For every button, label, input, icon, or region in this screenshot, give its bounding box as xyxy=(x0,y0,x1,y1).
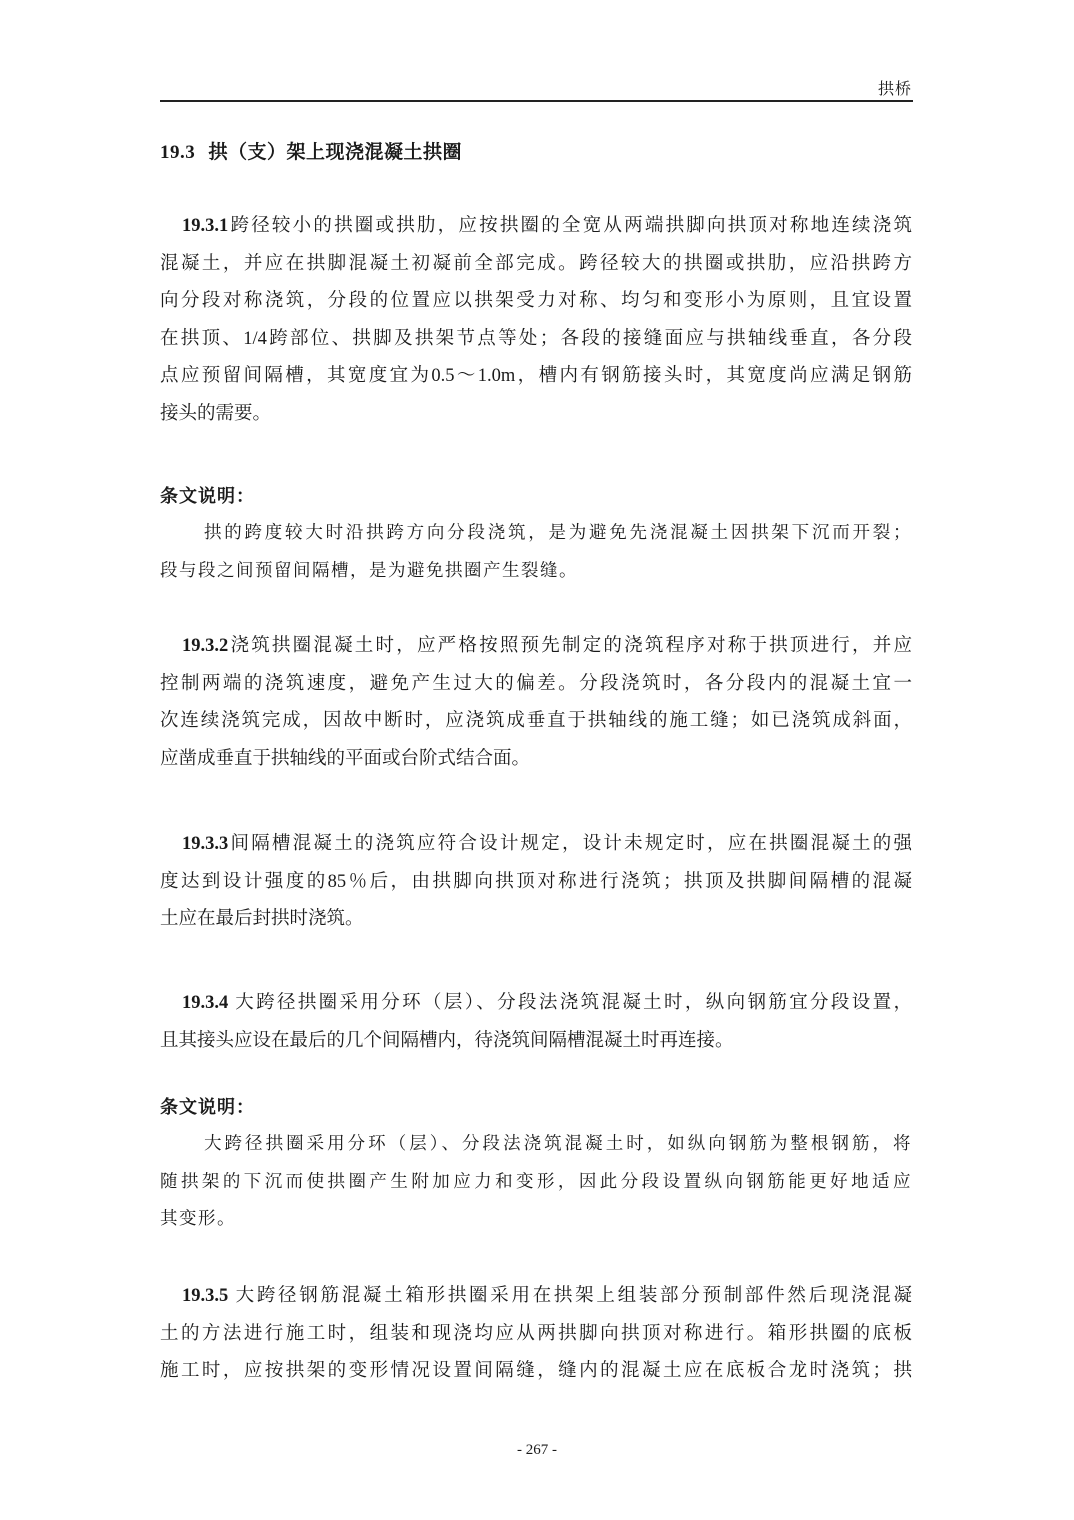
commentary-text: 随拱架的下沉而使拱圈产生附加应力和变形，因此分段设置纵向钢筋能更好地适应 xyxy=(160,1164,912,1202)
page-number: - 267 - xyxy=(0,1442,1074,1459)
clause-text: 施工时，应按拱架的变形情况设置间隔缝，缝内的混凝土应在底板合龙时浇筑；拱 xyxy=(160,1353,912,1391)
clause-text: 度达到设计强度的85％后，由拱脚向拱顶对称进行浇筑；拱顶及拱脚间隔槽的混凝 xyxy=(160,864,912,902)
clause-19-3-3: 19.3.3间隔槽混凝土的浇筑应符合设计规定，设计未规定时，应在拱圈混凝土的强 … xyxy=(160,826,912,939)
commentary-text: 段与段之间预留间隔槽，是为避免拱圈产生裂缝。 xyxy=(160,553,912,591)
header-divider xyxy=(160,100,913,102)
section-number: 19.3 xyxy=(160,142,195,163)
commentary-text: 其变形。 xyxy=(160,1201,912,1239)
clause-text: 大跨径拱圈采用分环（层）、分段法浇筑混凝土时，纵向钢筋宜分段设置， xyxy=(228,993,912,1013)
clause-19-3-1: 19.3.1跨径较小的拱圈或拱肋，应按拱圈的全宽从两端拱脚向拱顶对称地连续浇筑 … xyxy=(160,208,912,433)
commentary-text: 拱的跨度较大时沿拱跨方向分段浇筑，是为避免先浇混凝土因拱架下沉而开裂； xyxy=(160,515,912,553)
running-header: 拱桥 xyxy=(878,76,912,99)
section-heading: 19.3 拱（支）架上现浇混凝土拱圈 xyxy=(160,137,462,164)
clause-text: 接头的需要。 xyxy=(160,396,912,434)
clause-text: 点应预留间隔槽，其宽度宜为0.5～1.0m，槽内有钢筋接头时，其宽度尚应满足钢筋 xyxy=(160,358,912,396)
clause-number: 19.3.1 xyxy=(182,216,228,236)
clause-text: 跨径较小的拱圈或拱肋，应按拱圈的全宽从两端拱脚向拱顶对称地连续浇筑 xyxy=(228,216,912,236)
commentary-2: 大跨径拱圈采用分环（层）、分段法浇筑混凝土时，如纵向钢筋为整根钢筋，将 随拱架的… xyxy=(160,1126,912,1239)
clause-text: 次连续浇筑完成，因故中断时，应浇筑成垂直于拱轴线的施工缝；如已浇筑成斜面， xyxy=(160,703,912,741)
clause-text: 在拱顶、1/4跨部位、拱脚及拱架节点等处；各段的接缝面应与拱轴线垂直，各分段 xyxy=(160,321,912,359)
commentary-text: 大跨径拱圈采用分环（层）、分段法浇筑混凝土时，如纵向钢筋为整根钢筋，将 xyxy=(160,1126,912,1164)
commentary-1: 拱的跨度较大时沿拱跨方向分段浇筑，是为避免先浇混凝土因拱架下沉而开裂； 段与段之… xyxy=(160,515,912,590)
clause-text: 控制两端的浇筑速度，避免产生过大的偏差。分段浇筑时，各分段内的混凝土宜一 xyxy=(160,666,912,704)
clause-number: 19.3.2 xyxy=(182,636,228,656)
clause-number: 19.3.4 xyxy=(182,993,228,1013)
clause-19-3-2: 19.3.2浇筑拱圈混凝土时，应严格按照预先制定的浇筑程序对称于拱顶进行，并应 … xyxy=(160,628,912,778)
clause-19-3-4: 19.3.4 大跨径拱圈采用分环（层）、分段法浇筑混凝土时，纵向钢筋宜分段设置，… xyxy=(160,985,912,1060)
commentary-heading: 条文说明： xyxy=(160,482,255,508)
clause-text: 浇筑拱圈混凝土时，应严格按照预先制定的浇筑程序对称于拱顶进行，并应 xyxy=(228,636,912,656)
clause-text: 间隔槽混凝土的浇筑应符合设计规定，设计未规定时，应在拱圈混凝土的强 xyxy=(228,834,912,854)
commentary-heading: 条文说明： xyxy=(160,1093,255,1119)
clause-text: 且其接头应设在最后的几个间隔槽内，待浇筑间隔槽混凝土时再连接。 xyxy=(160,1023,912,1061)
clause-text: 大跨径钢筋混凝土箱形拱圈采用在拱架上组装部分预制部件然后现浇混凝 xyxy=(228,1286,912,1306)
clause-number: 19.3.3 xyxy=(182,834,228,854)
clause-text: 应凿成垂直于拱轴线的平面或台阶式结合面。 xyxy=(160,741,912,779)
clause-text: 土的方法进行施工时，组装和现浇均应从两拱脚向拱顶对称进行。箱形拱圈的底板 xyxy=(160,1316,912,1354)
clause-number: 19.3.5 xyxy=(182,1286,228,1306)
clause-text: 混凝土，并应在拱脚混凝土初凝前全部完成。跨径较大的拱圈或拱肋，应沿拱跨方 xyxy=(160,246,912,284)
clause-text: 向分段对称浇筑，分段的位置应以拱架受力对称、均匀和变形小为原则，且宜设置 xyxy=(160,283,912,321)
section-title-text: 拱（支）架上现浇混凝土拱圈 xyxy=(209,142,463,163)
clause-19-3-5: 19.3.5 大跨径钢筋混凝土箱形拱圈采用在拱架上组装部分预制部件然后现浇混凝 … xyxy=(160,1278,912,1391)
clause-text: 土应在最后封拱时浇筑。 xyxy=(160,901,912,939)
